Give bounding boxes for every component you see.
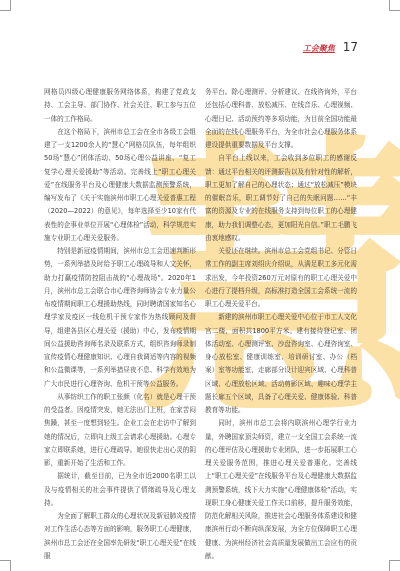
crop-mark-bottom-right	[389, 560, 400, 571]
crop-mark-top-right	[389, 0, 400, 11]
paragraph: 特别是新冠疫情期间，滨州市总工会迅速判断形势，一系列举措及时给予职工心理疏导和人…	[44, 245, 196, 391]
page-number: 17	[343, 40, 358, 54]
crop-mark-bottom-left	[0, 560, 11, 571]
paragraph: 网格员四级心理健康服务网络体系，构建了党政支持、工会主导、部门协作、社会关注、职…	[44, 86, 196, 126]
left-column: 网格员四级心理健康服务网络体系，构建了党政支持、工会主导、部门协作、社会关注、职…	[44, 86, 196, 563]
page-header: 工会聚焦 17	[303, 40, 358, 54]
paragraph: 关爱还在继续。滨州市总工会党组书记、分管日常工作的副主席刘绍庆介绍说，从满足职工…	[205, 245, 357, 311]
paragraph: 为全面了解职工群众的心理状况及新冠肺炎疫情对工作生活心态等方面的影响，服务职工心…	[44, 510, 196, 563]
crop-mark-top-left	[0, 0, 11, 11]
section-title: 工会聚焦	[303, 43, 335, 54]
right-column: 务平台。除心理测评、分析建议、在线咨询外，平台还包括心理科普、放松减压、在线音乐…	[205, 86, 357, 563]
paragraph: 据统计，截至目前，已为全市近2000名职工以及与疫情相关的社会事件提供了情绪疏导…	[44, 470, 196, 510]
paragraph: 务平台。除心理测评、分析建议、在线咨询外，平台还包括心理科普、放松减压、在线音乐…	[205, 86, 357, 152]
paragraph: 新建的滨州市职工心理关爱中心位于市工人文化宫二楼，面积共1800平方米。建有接待…	[205, 311, 357, 417]
paragraph: 同时，滨州市总工会将内联滨州心理学行业力量，外聘国家顶尖师资，建立一支全国工会系…	[205, 417, 357, 563]
paragraph: 从事纺织工作的职工张颜（化名）就是心理干预的受益者。因疫情突发，她无法出门上班，…	[44, 391, 196, 471]
paragraph: 自平台上线以来，工会收到多位职工的感谢反馈：通过平台相关的评测报告以及有针对性的…	[205, 152, 357, 245]
paragraph: 在这个格局下，滨州市总工会在全市各级工会组建了一支1200余人的“慧心”网格员队…	[44, 126, 196, 245]
